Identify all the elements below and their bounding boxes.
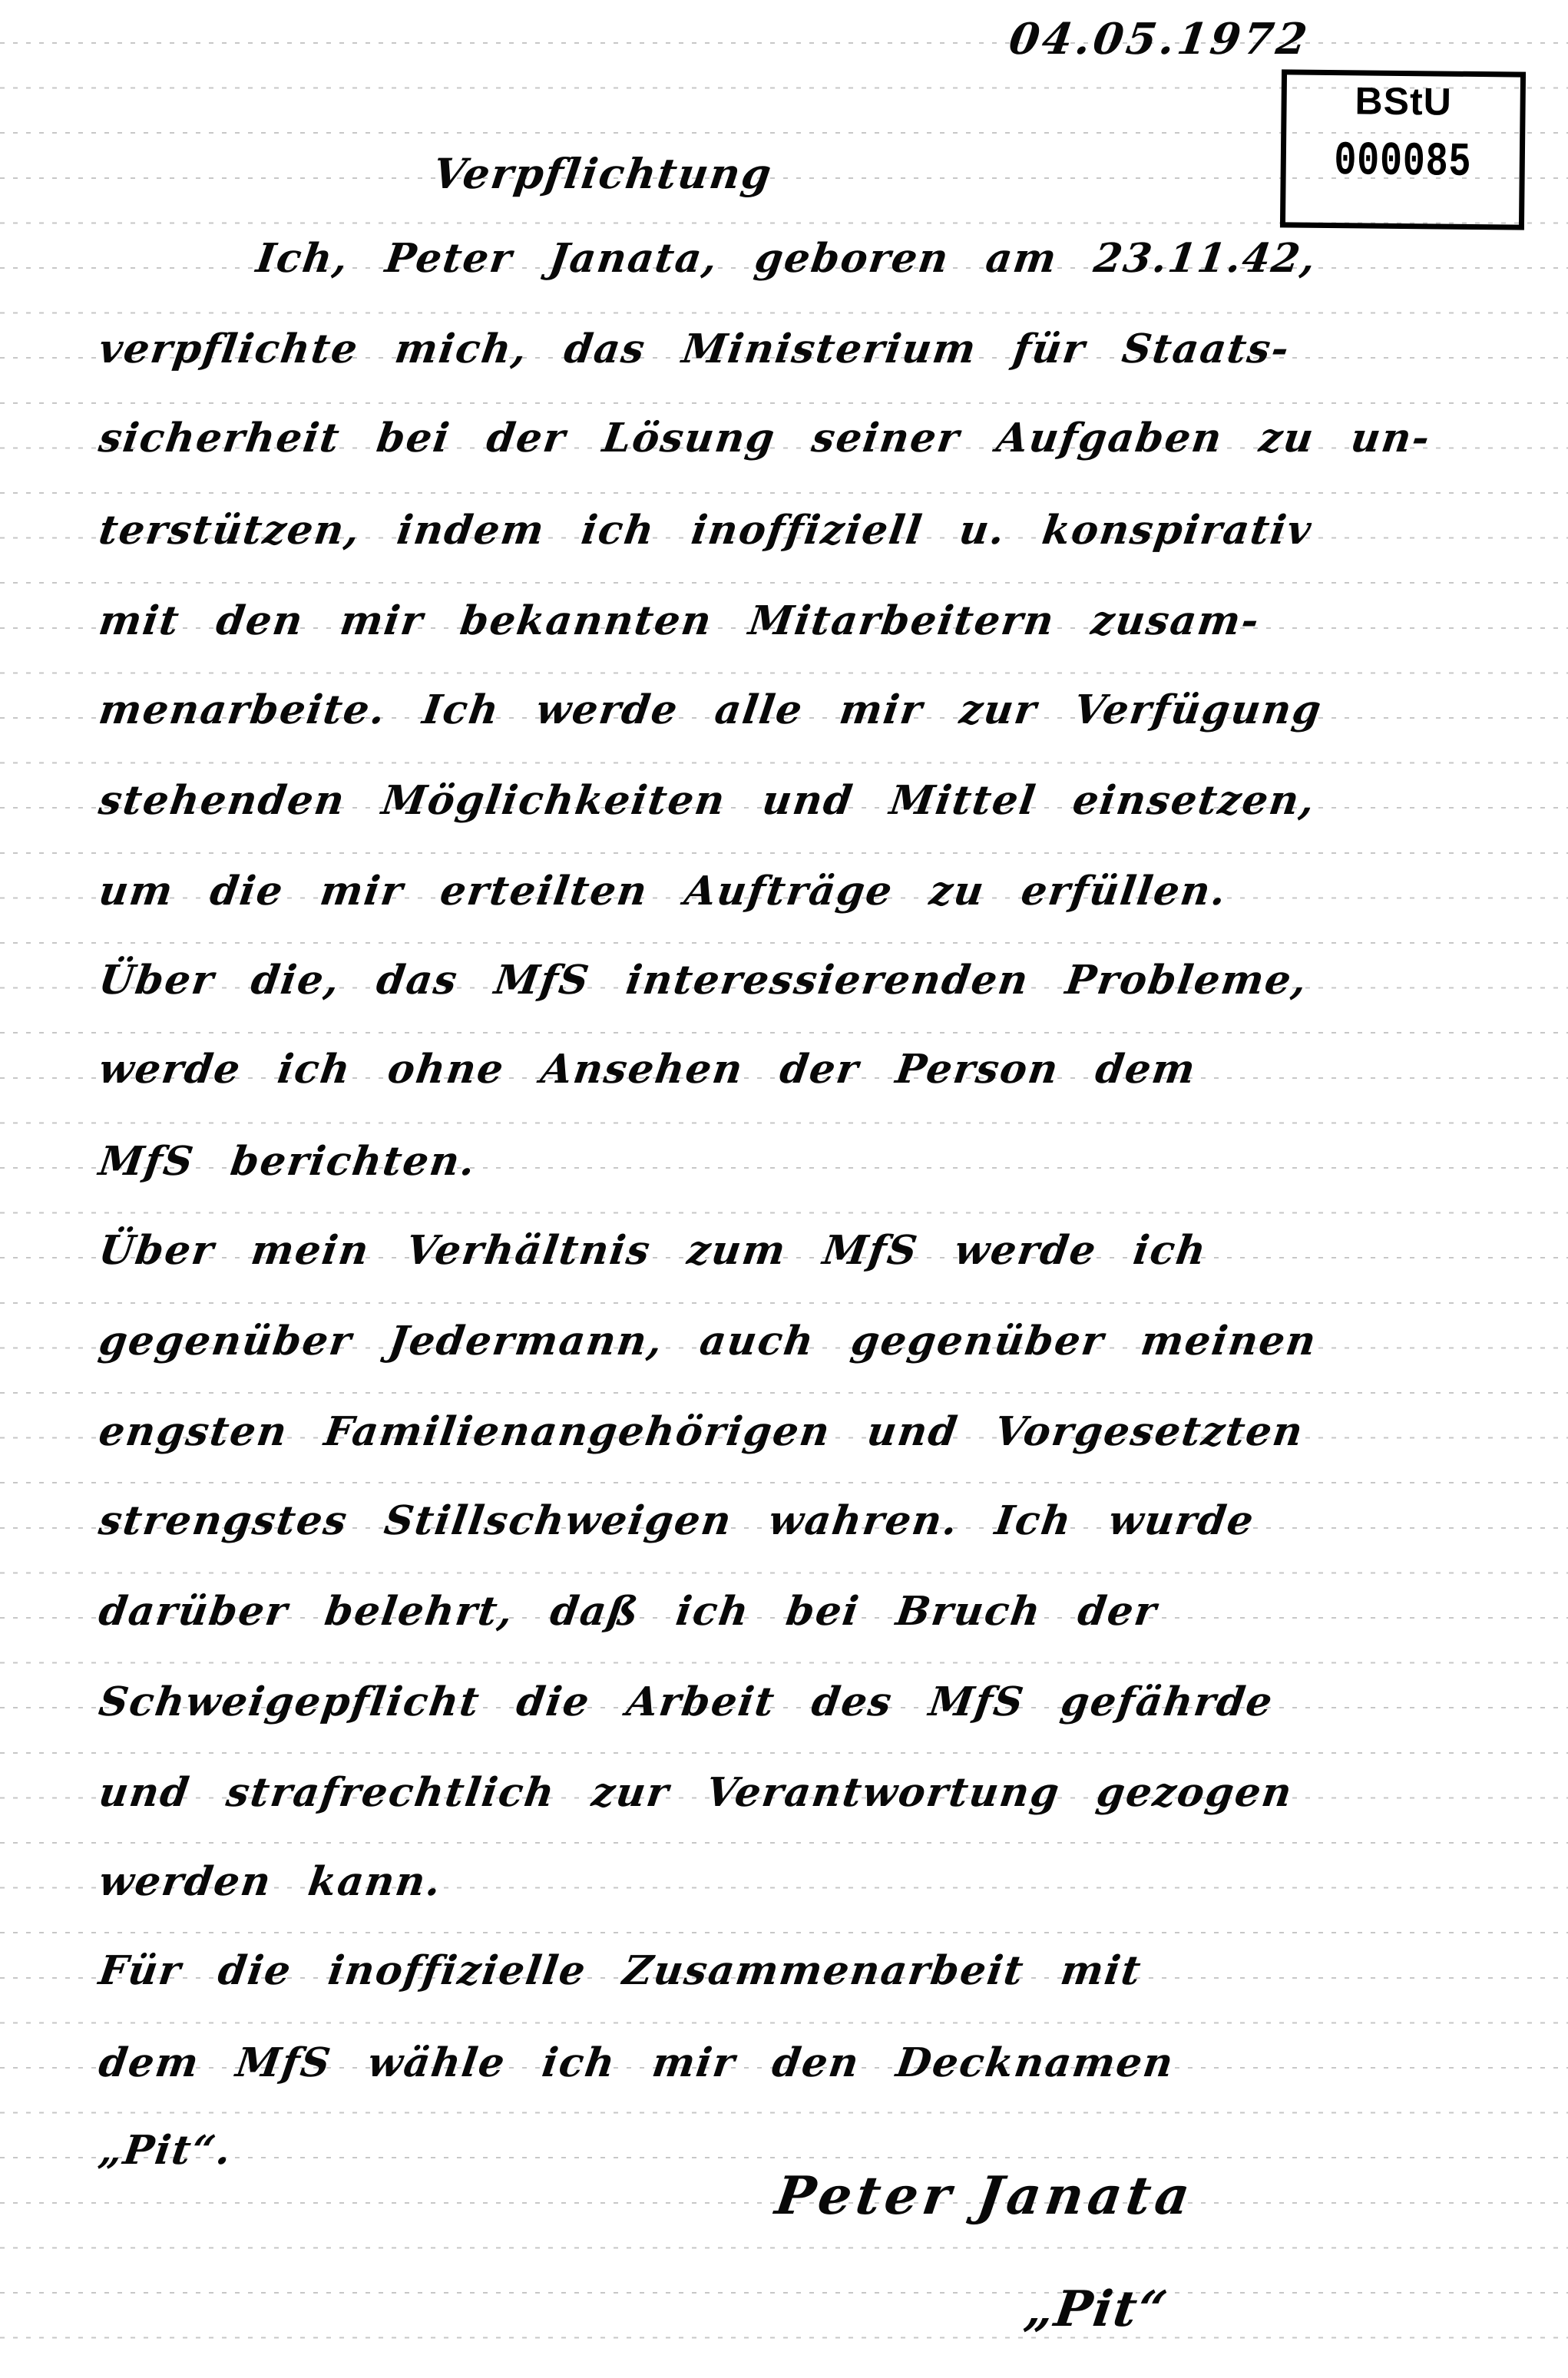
body-line: Über die, das MfS interessierenden Probl… xyxy=(96,957,1311,1004)
body-line: dem MfS wähle ich mir den Decknamen xyxy=(96,2039,1177,2086)
body-line: und strafrechtlich zur Verantwortung gez… xyxy=(96,1769,1296,1816)
body-line: strengstes Stillschweigen wahren. Ich wu… xyxy=(96,1497,1258,1544)
document-date: 04.05.1972 xyxy=(1006,14,1313,64)
body-line: engsten Familienangehörigen und Vorgeset… xyxy=(96,1408,1307,1455)
body-line: Für die inoffizielle Zusammenarbeit mit xyxy=(96,1947,1145,1994)
body-line: „Pit“. xyxy=(96,2127,235,2174)
document-title: Verpflichtung xyxy=(430,149,776,198)
stamp-org: BStU xyxy=(1286,78,1520,124)
body-line: mit den mir bekannten Mitarbeitern zusam… xyxy=(96,597,1263,644)
body-line: verpflichte mich, das Ministerium für St… xyxy=(96,326,1293,372)
body-line: werden kann. xyxy=(96,1858,445,1905)
signature-name: Peter Janata xyxy=(772,2165,1198,2227)
archive-stamp: BStU 000085 xyxy=(1280,69,1526,230)
body-line: stehenden Möglichkeiten und Mittel einse… xyxy=(96,777,1318,824)
body-line: darüber belehrt, daß ich bei Bruch der xyxy=(96,1588,1160,1635)
body-line: MfS berichten. xyxy=(96,1138,479,1185)
body-line: menarbeite. Ich werde alle mir zur Verfü… xyxy=(96,686,1325,733)
body-line: terstützen, indem ich inoffiziell u. kon… xyxy=(96,507,1315,554)
body-line: sicherheit bei der Lösung seiner Aufgabe… xyxy=(96,415,1434,461)
signature-alias: „Pit“ xyxy=(1021,2280,1172,2338)
body-line: Schweigepflicht die Arbeit des MfS gefäh… xyxy=(96,1678,1276,1725)
body-line: gegenüber Jedermann, auch gegenüber mein… xyxy=(96,1318,1320,1364)
body-line: werde ich ohne Ansehen der Person dem xyxy=(96,1046,1199,1093)
body-line: Über mein Verhältnis zum MfS werde ich xyxy=(96,1227,1210,1274)
body-line: Ich, Peter Janata, geboren am 23.11.42, xyxy=(253,235,1320,282)
stamp-number: 000085 xyxy=(1312,134,1494,190)
body-line: um die mir erteilten Aufträge zu erfülle… xyxy=(96,868,1230,914)
